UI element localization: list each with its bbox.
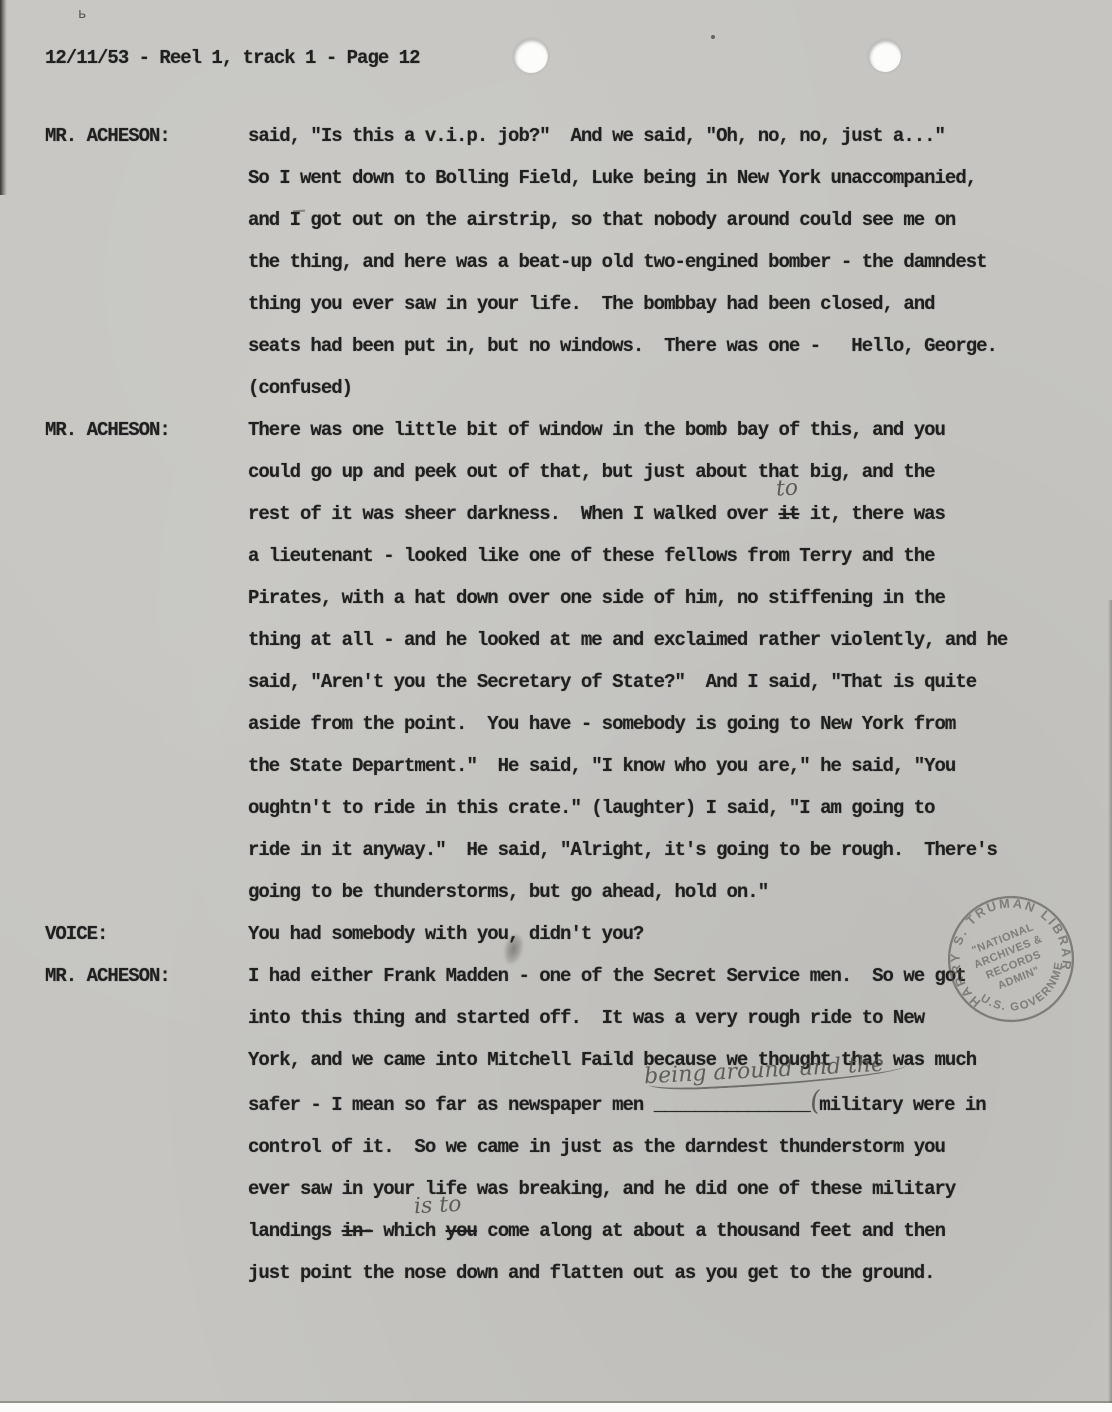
typed-text: said, "Aren't you the Secretary of State… [248,671,976,693]
typed-text: the thing, and here was a beat-up old tw… [248,251,987,273]
transcript-line: safer - I mean so far as newspaper men _… [248,1081,986,1126]
speaker-label: MR. ACHESON: [45,955,248,1294]
typed-text: thing you ever saw in your life. The bom… [248,293,935,315]
typed-text: aside from the point. You have - somebod… [248,713,955,735]
typed-text: I had either Frank Madden - one of the S… [248,965,966,987]
struck-text: you [446,1220,477,1242]
transcript-line: said, "Aren't you the Secretary of State… [248,661,1007,703]
annotated-text: _______________being around and the [654,1084,810,1126]
transcript-entry: MR. ACHESON:said, "Is this a v.i.p. job?… [45,115,1007,409]
speaker-label: VOICE: [45,913,248,955]
typed-text: just point the nose down and flatten out… [248,1262,935,1284]
transcript-line: the State Department." He said, "I know … [248,745,1007,787]
typed-text: could go up and peek out of that, but ju… [248,461,935,483]
speaker-label: MR. ACHESON: [45,115,248,409]
typed-text: (confused) [248,377,352,399]
handwritten-annotation: to [775,477,798,500]
typed-text: the State Department." He said, "I know … [248,755,955,777]
transcript-entry: VOICE:You had somebody with you, didn't … [45,913,1007,955]
typed-text: said, "Is this a v.i.p. job?" And we sai… [248,125,945,147]
transcript-line: said, "Is this a v.i.p. job?" And we sai… [248,115,997,157]
typed-text: You had somebody with you, didn't you? [248,923,643,945]
transcript-line: going to be thunderstorms, but go ahead,… [248,871,1007,913]
annotated-text: youis to [446,1210,477,1252]
struck-text: it [779,503,800,525]
blank-underline: _______________ [654,1094,810,1116]
transcript-line: So I went down to Bolling Field, Luke be… [248,157,997,199]
transcript-line: There was one little bit of window in th… [248,409,1007,451]
transcript-line: control of it. So we came in just as the… [248,1126,986,1168]
entry-lines: said, "Is this a v.i.p. job?" And we sai… [248,115,997,409]
transcript-line: ever saw in your life was breaking, and … [248,1168,986,1210]
entry-lines: I had either Frank Madden - one of the S… [248,955,986,1294]
typed-text: landings [248,1220,342,1242]
transcript-line: rest of it was sheer darkness. When I wa… [248,493,1007,535]
typed-text: seats had been put in, but no windows. T… [248,335,997,357]
transcript-entry: MR. ACHESON:There was one little bit of … [45,409,1007,913]
transcript-line: oughtn't to ride in this crate." (laught… [248,787,1007,829]
transcript-line: landings in- which youis to come along a… [248,1210,986,1252]
transcript-line: just point the nose down and flatten out… [248,1252,986,1294]
scan-edge-right [1108,600,1112,1412]
transcript: MR. ACHESON:said, "Is this a v.i.p. job?… [45,115,1007,1294]
transcript-line: and I got out on the airstrip, so that n… [248,199,997,241]
entry-lines: You had somebody with you, didn't you? [248,913,643,955]
transcript-line: Pirates, with a hat down over one side o… [248,577,1007,619]
transcript-line: a lieutenant - looked like one of these … [248,535,1007,577]
typed-text: into this thing and started off. It was … [248,1007,924,1029]
typed-text: rest of it was sheer darkness. When I wa… [248,503,779,525]
transcript-line: could go up and peek out of that, but ju… [248,451,1007,493]
transcript-line: (confused) [248,367,997,409]
transcript-line: thing at all - and he looked at me and e… [248,619,1007,661]
typed-text: and I got out on the airstrip, so that n… [248,209,955,231]
typed-text: ever saw in your life was breaking, and … [248,1178,955,1200]
scan-background-strip [0,1403,1112,1412]
typed-text: come along at about a thousand feet and … [477,1220,945,1242]
transcript-line: You had somebody with you, didn't you? [248,913,643,955]
transcript-line: I had either Frank Madden - one of the S… [248,955,986,997]
typed-text: going to be thunderstorms, but go ahead,… [248,881,768,903]
typed-text: which [373,1220,446,1242]
transcript-entry: MR. ACHESON:I had either Frank Madden - … [45,955,1007,1294]
transcript-line: into this thing and started off. It was … [248,997,986,1039]
transcript-line: ride in it anyway." He said, "Alright, i… [248,829,1007,871]
hole-punch-right [869,40,901,72]
typed-text: a lieutenant - looked like one of these … [248,545,935,567]
scan-edge-left [0,0,7,195]
struck-text: in- [342,1220,373,1242]
handwritten-annotation: is to [413,1194,461,1218]
typed-text: There was one little bit of window in th… [248,419,945,441]
typed-text: oughtn't to ride in this crate." (laught… [248,797,935,819]
paper-speck: ь [78,6,86,22]
paper-speck [711,35,715,39]
typed-text: So I went down to Bolling Field, Luke be… [248,167,976,189]
typed-text: safer - I mean so far as newspaper men [248,1094,654,1116]
typed-text: it, there was [799,503,945,525]
entry-lines: There was one little bit of window in th… [248,409,1007,913]
speaker-label: MR. ACHESON: [45,409,248,913]
transcript-line: aside from the point. You have - somebod… [248,703,1007,745]
annotated-text: itto [779,493,800,535]
hole-punch-left [514,39,548,73]
transcript-line: the thing, and here was a beat-up old tw… [248,241,997,283]
typed-text: control of it. So we came in just as the… [248,1136,945,1158]
transcript-line: seats had been put in, but no windows. T… [248,325,997,367]
typed-text: thing at all - and he looked at me and e… [248,629,1007,651]
typed-text: military were in [819,1094,985,1116]
scanned-transcript-page: ь 12/11/53 - Reel 1, track 1 - Page 12 M… [0,0,1112,1412]
typed-text: ride in it anyway." He said, "Alright, i… [248,839,997,861]
transcript-line: thing you ever saw in your life. The bom… [248,283,997,325]
typed-text: Pirates, with a hat down over one side o… [248,587,945,609]
page-header: 12/11/53 - Reel 1, track 1 - Page 12 [45,47,419,69]
